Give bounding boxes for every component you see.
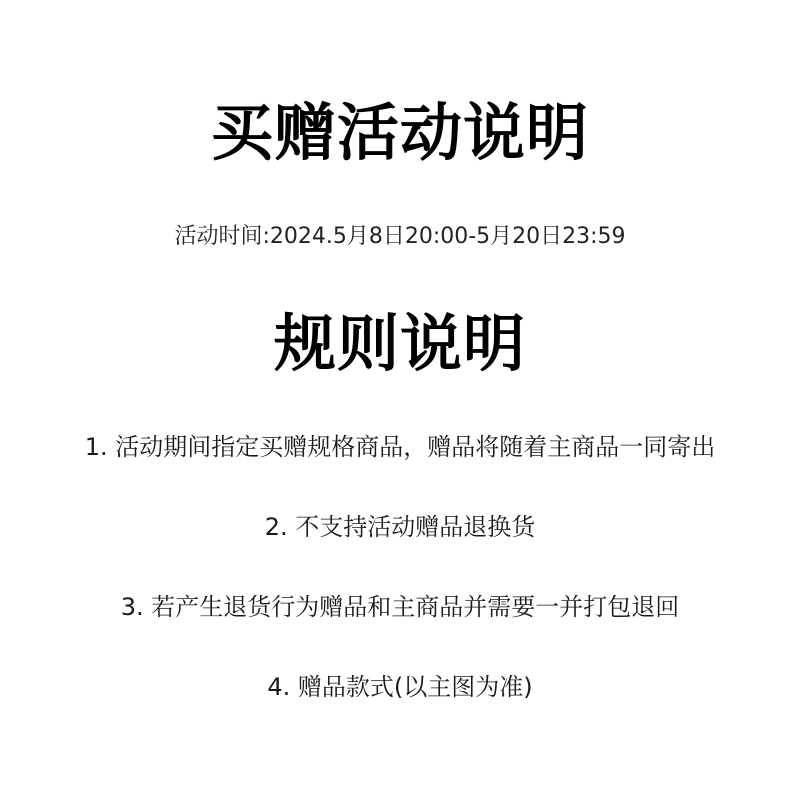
- rule-item: 1. 活动期间指定买赠规格商品，赠品将随着主商品一同寄出: [0, 428, 800, 466]
- rule-item: 2. 不支持活动赠品退换货: [0, 508, 800, 546]
- page-title: 买赠活动说明: [0, 90, 800, 176]
- rules-heading: 规则说明: [0, 302, 800, 386]
- activity-time: 活动时间:2024.5月8日20:00-5月20日23:59: [0, 220, 800, 254]
- rule-item: 4. 赠品款式(以主图为准): [0, 668, 800, 706]
- rule-item: 3. 若产生退货行为赠品和主商品并需要一并打包退回: [0, 588, 800, 626]
